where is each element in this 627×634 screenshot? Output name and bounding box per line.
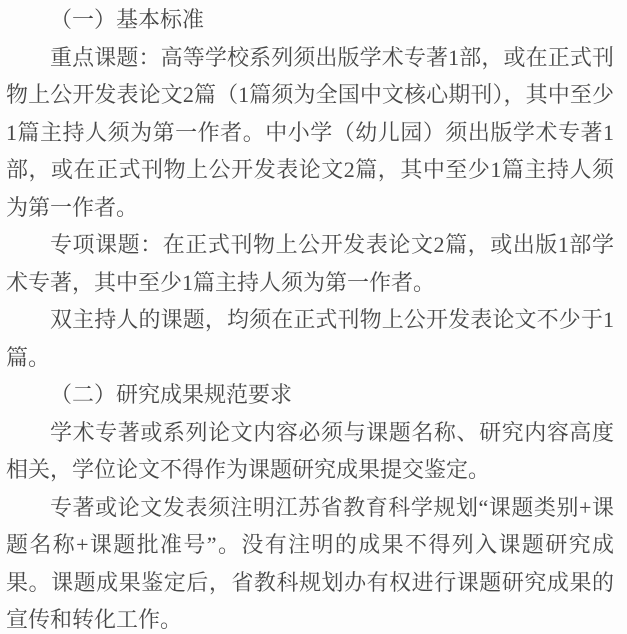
section-heading-basic-standards: （一）基本标准 [6, 1, 614, 39]
document-page: （一）基本标准 重点课题：高等学校系列须出版学术专著1部，或在正式刊物上公开发表… [0, 0, 627, 634]
paragraph-attribution-requirements: 专著或论文发表须注明江苏省教育科学规划“课题类别+课题名称+课题批准号”。没有注… [6, 489, 614, 634]
section-heading-research-output-requirements: （二）研究成果规范要求 [6, 376, 614, 414]
paragraph-content-relevance: 学术专著或系列论文内容必须与课题名称、研究内容高度相关，学位论文不得作为课题研究… [6, 414, 614, 489]
paragraph-key-projects: 重点课题：高等学校系列须出版学术专著1部，或在正式刊物上公开发表论文2篇（1篇须… [6, 39, 614, 227]
paragraph-dual-host-projects: 双主持人的课题，均须在正式刊物上公开发表论文不少于1篇。 [6, 301, 614, 376]
paragraph-special-projects: 专项课题：在正式刊物上公开发表论文2篇，或出版1部学术专著，其中至少1篇主持人须… [6, 226, 614, 301]
